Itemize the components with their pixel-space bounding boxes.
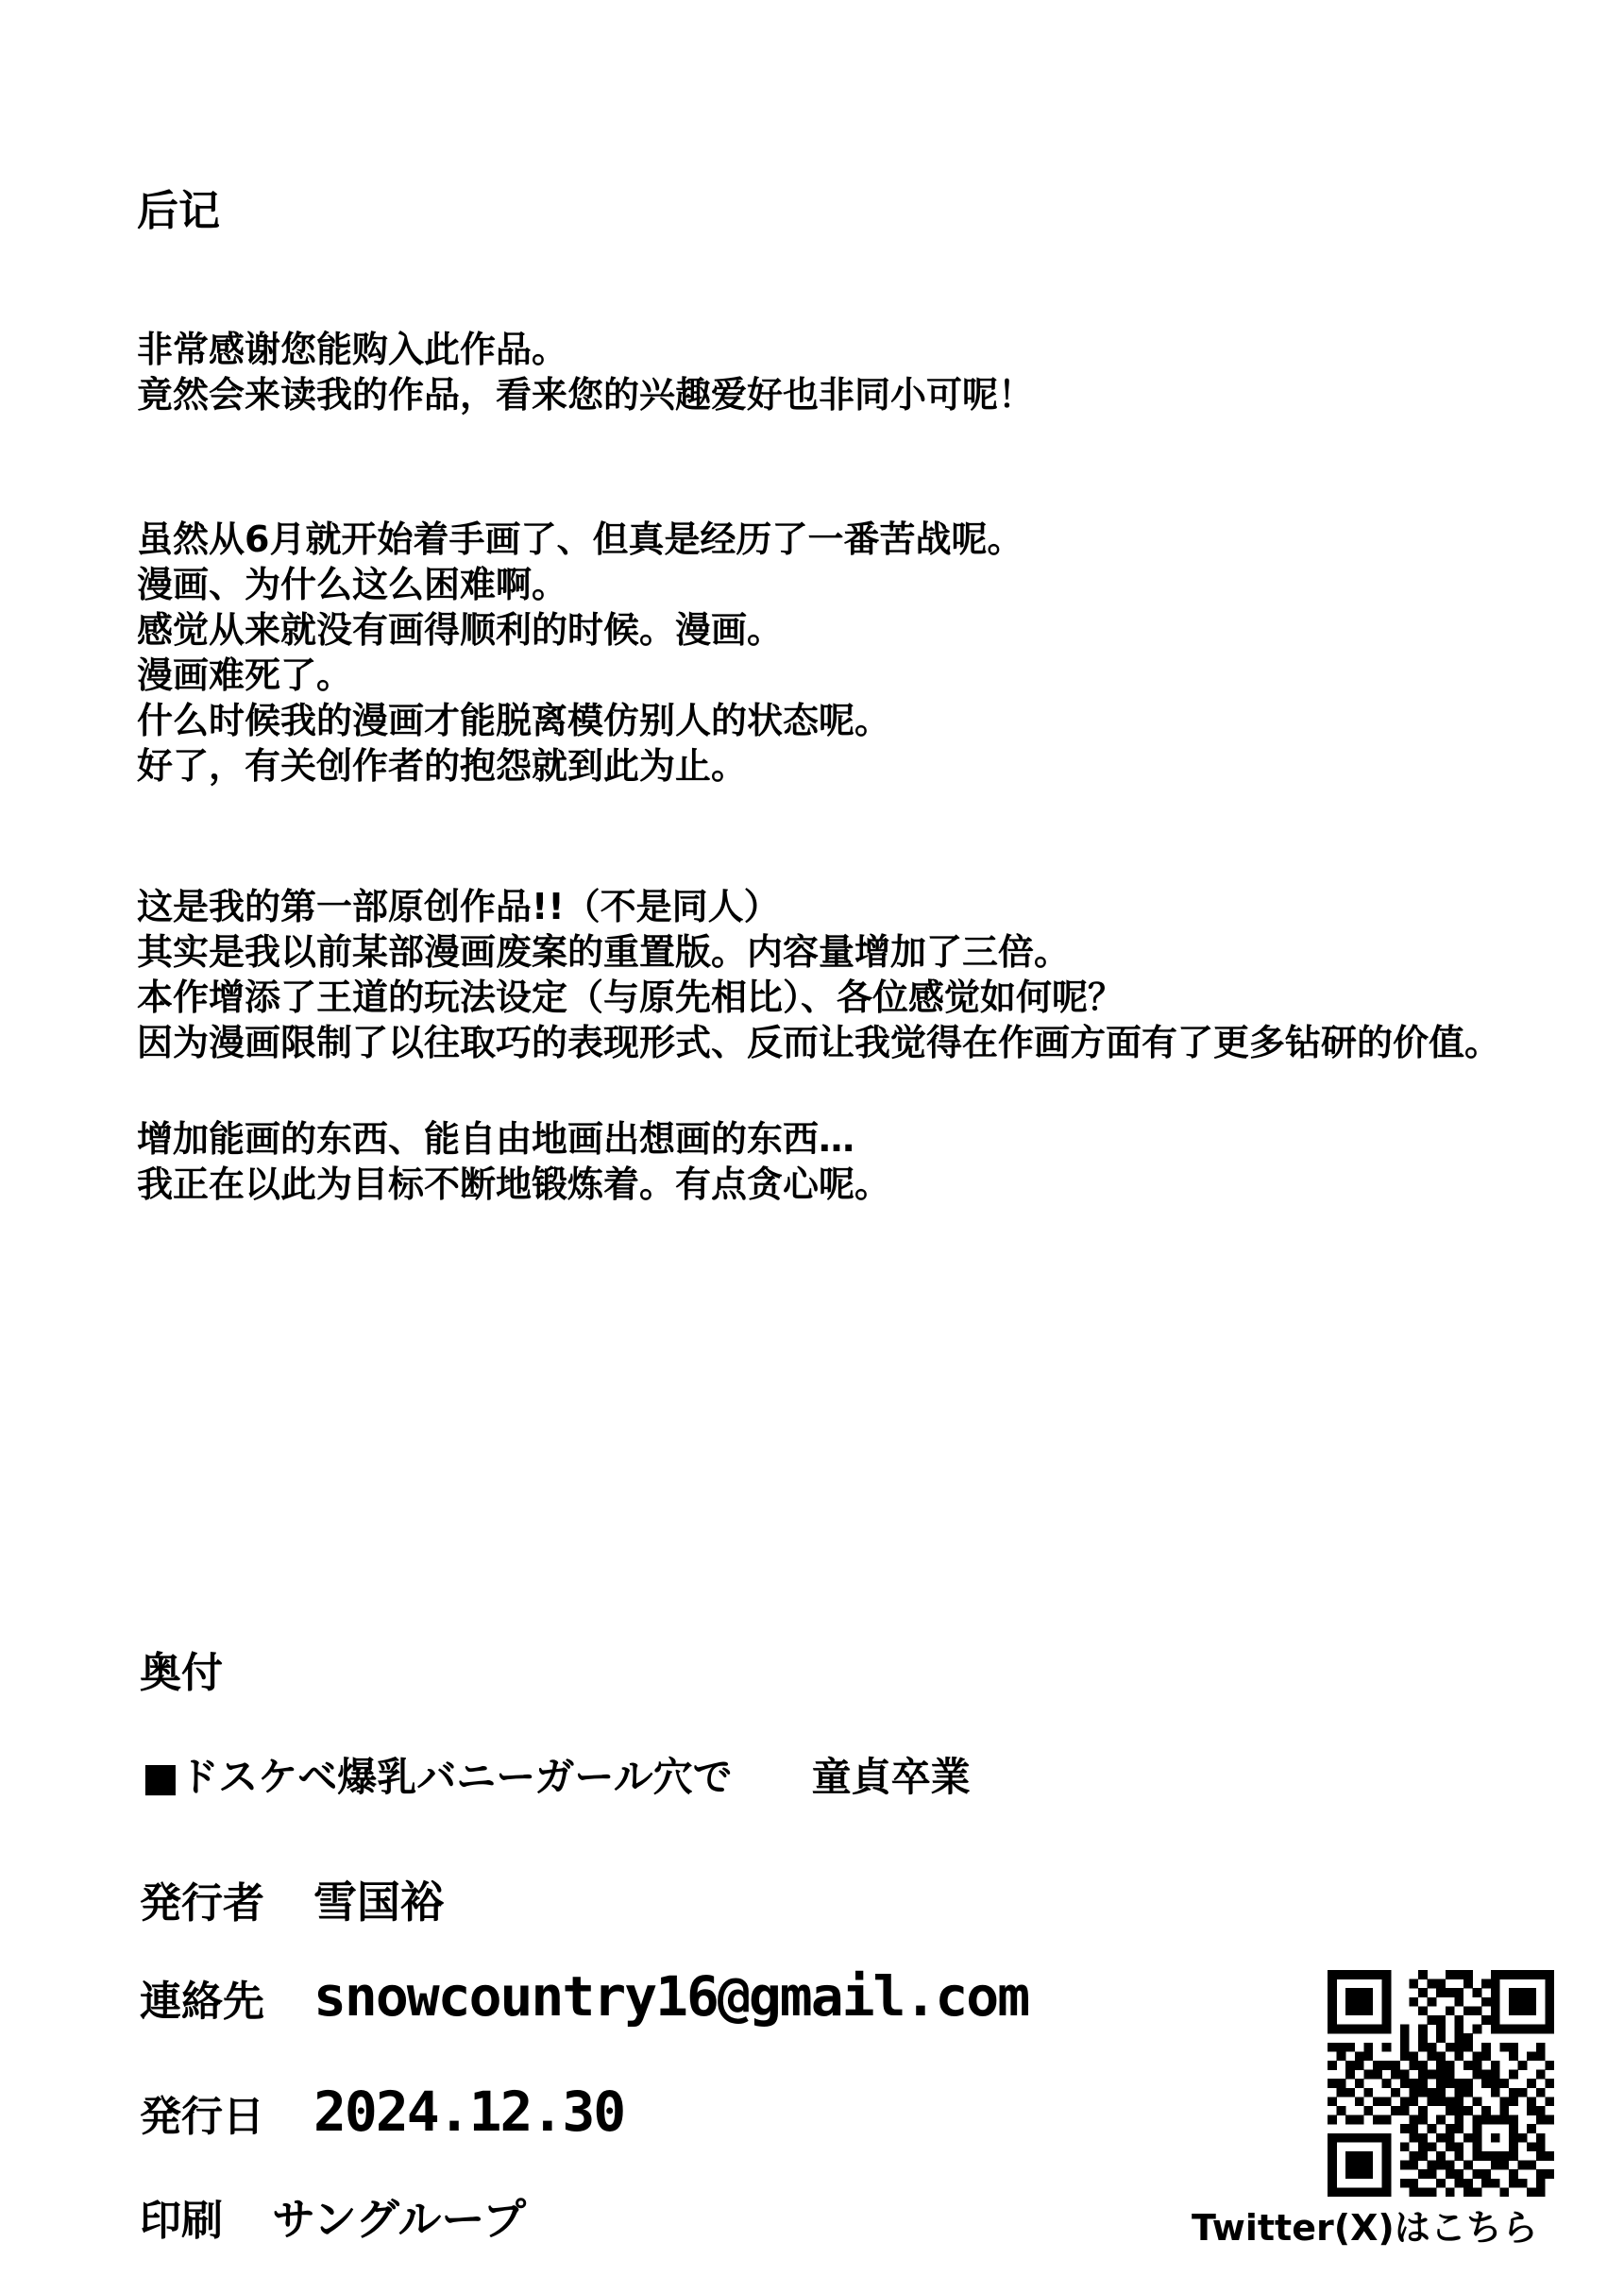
afterword-line: 我正在以此为目标不断地锻炼着。有点贪心呢。 — [137, 1162, 890, 1207]
afterword-paragraph-4: 增加能画的东西、能自由地画出想画的东西… 我正在以此为目标不断地锻炼着。有点贪心… — [137, 1116, 890, 1207]
publisher-value: 雪国裕 — [313, 1868, 444, 1930]
afterword-line: 非常感谢您能购入此作品。 — [137, 327, 1034, 372]
afterword-line: 增加能画的东西、能自由地画出想画的东西… — [137, 1116, 890, 1162]
afterword-line: 好了，有关创作者的抱怨就到此为止。 — [137, 743, 1023, 789]
colophon-row-publisher: 発行者 雪国裕 — [140, 1868, 444, 1930]
publisher-label: 発行者 — [140, 1869, 264, 1929]
twitter-qr-code — [1328, 1970, 1554, 2197]
afterword-line: 漫画、为什么这么困难啊。 — [137, 562, 1023, 607]
twitter-qr-caption: Twitter(X)はこちら — [1192, 2208, 1538, 2248]
book-title: ■ドスケベ爆乳バニーガール穴で 童貞卒業 — [142, 1755, 971, 1800]
afterword-line: 感觉从来就没有画得顺利的时候。漫画。 — [137, 607, 1023, 653]
publish-date-label: 発行日 — [140, 2082, 264, 2143]
colophon-row-publish-date: 発行日 2024.12.30 — [140, 2080, 624, 2144]
afterword-line: 什么时候我的漫画才能脱离模仿别人的状态呢。 — [137, 698, 1023, 743]
afterword-line: 本作增添了王道的玩法设定（与原先相比）、各位感觉如何呢？ — [137, 975, 1500, 1020]
printer-label: 印刷 — [140, 2186, 223, 2247]
document-page: 后记 非常感谢您能购入此作品。 竟然会来读我的作品，看来您的兴趣爱好也非同小可呢… — [0, 0, 1624, 2293]
colophon-row-contact: 連絡先 snowcountry16@gmail.com — [140, 1964, 1028, 2029]
printer-value: サングループ — [272, 2185, 526, 2248]
afterword-heading: 后记 — [137, 189, 220, 234]
afterword-line: 竟然会来读我的作品，看来您的兴趣爱好也非同小可呢！ — [137, 372, 1034, 417]
afterword-paragraph-3: 这是我的第一部原创作品!!（不是同人） 其实是我以前某部漫画废案的重置版。内容量… — [137, 884, 1500, 1065]
colophon-row-printer: 印刷 サングループ — [140, 2185, 526, 2248]
afterword-line: 虽然从6月就开始着手画了、但真是经历了一番苦战呢。 — [137, 517, 1023, 562]
contact-email: snowcountry16@gmail.com — [313, 1964, 1028, 2029]
afterword-line: 漫画难死了。 — [137, 653, 1023, 698]
contact-label: 連絡先 — [140, 1967, 264, 2028]
publish-date-value: 2024.12.30 — [313, 2080, 624, 2144]
afterword-paragraph-1: 非常感谢您能购入此作品。 竟然会来读我的作品，看来您的兴趣爱好也非同小可呢！ — [137, 327, 1034, 417]
afterword-line: 这是我的第一部原创作品!!（不是同人） — [137, 884, 1500, 929]
afterword-paragraph-2: 虽然从6月就开始着手画了、但真是经历了一番苦战呢。 漫画、为什么这么困难啊。 感… — [137, 517, 1023, 789]
colophon-heading: 奥付 — [140, 1651, 223, 1696]
afterword-line: 因为漫画限制了以往取巧的表现形式、反而让我觉得在作画方面有了更多钻研的价值。 — [137, 1020, 1500, 1065]
afterword-line: 其实是我以前某部漫画废案的重置版。内容量增加了三倍。 — [137, 929, 1500, 975]
